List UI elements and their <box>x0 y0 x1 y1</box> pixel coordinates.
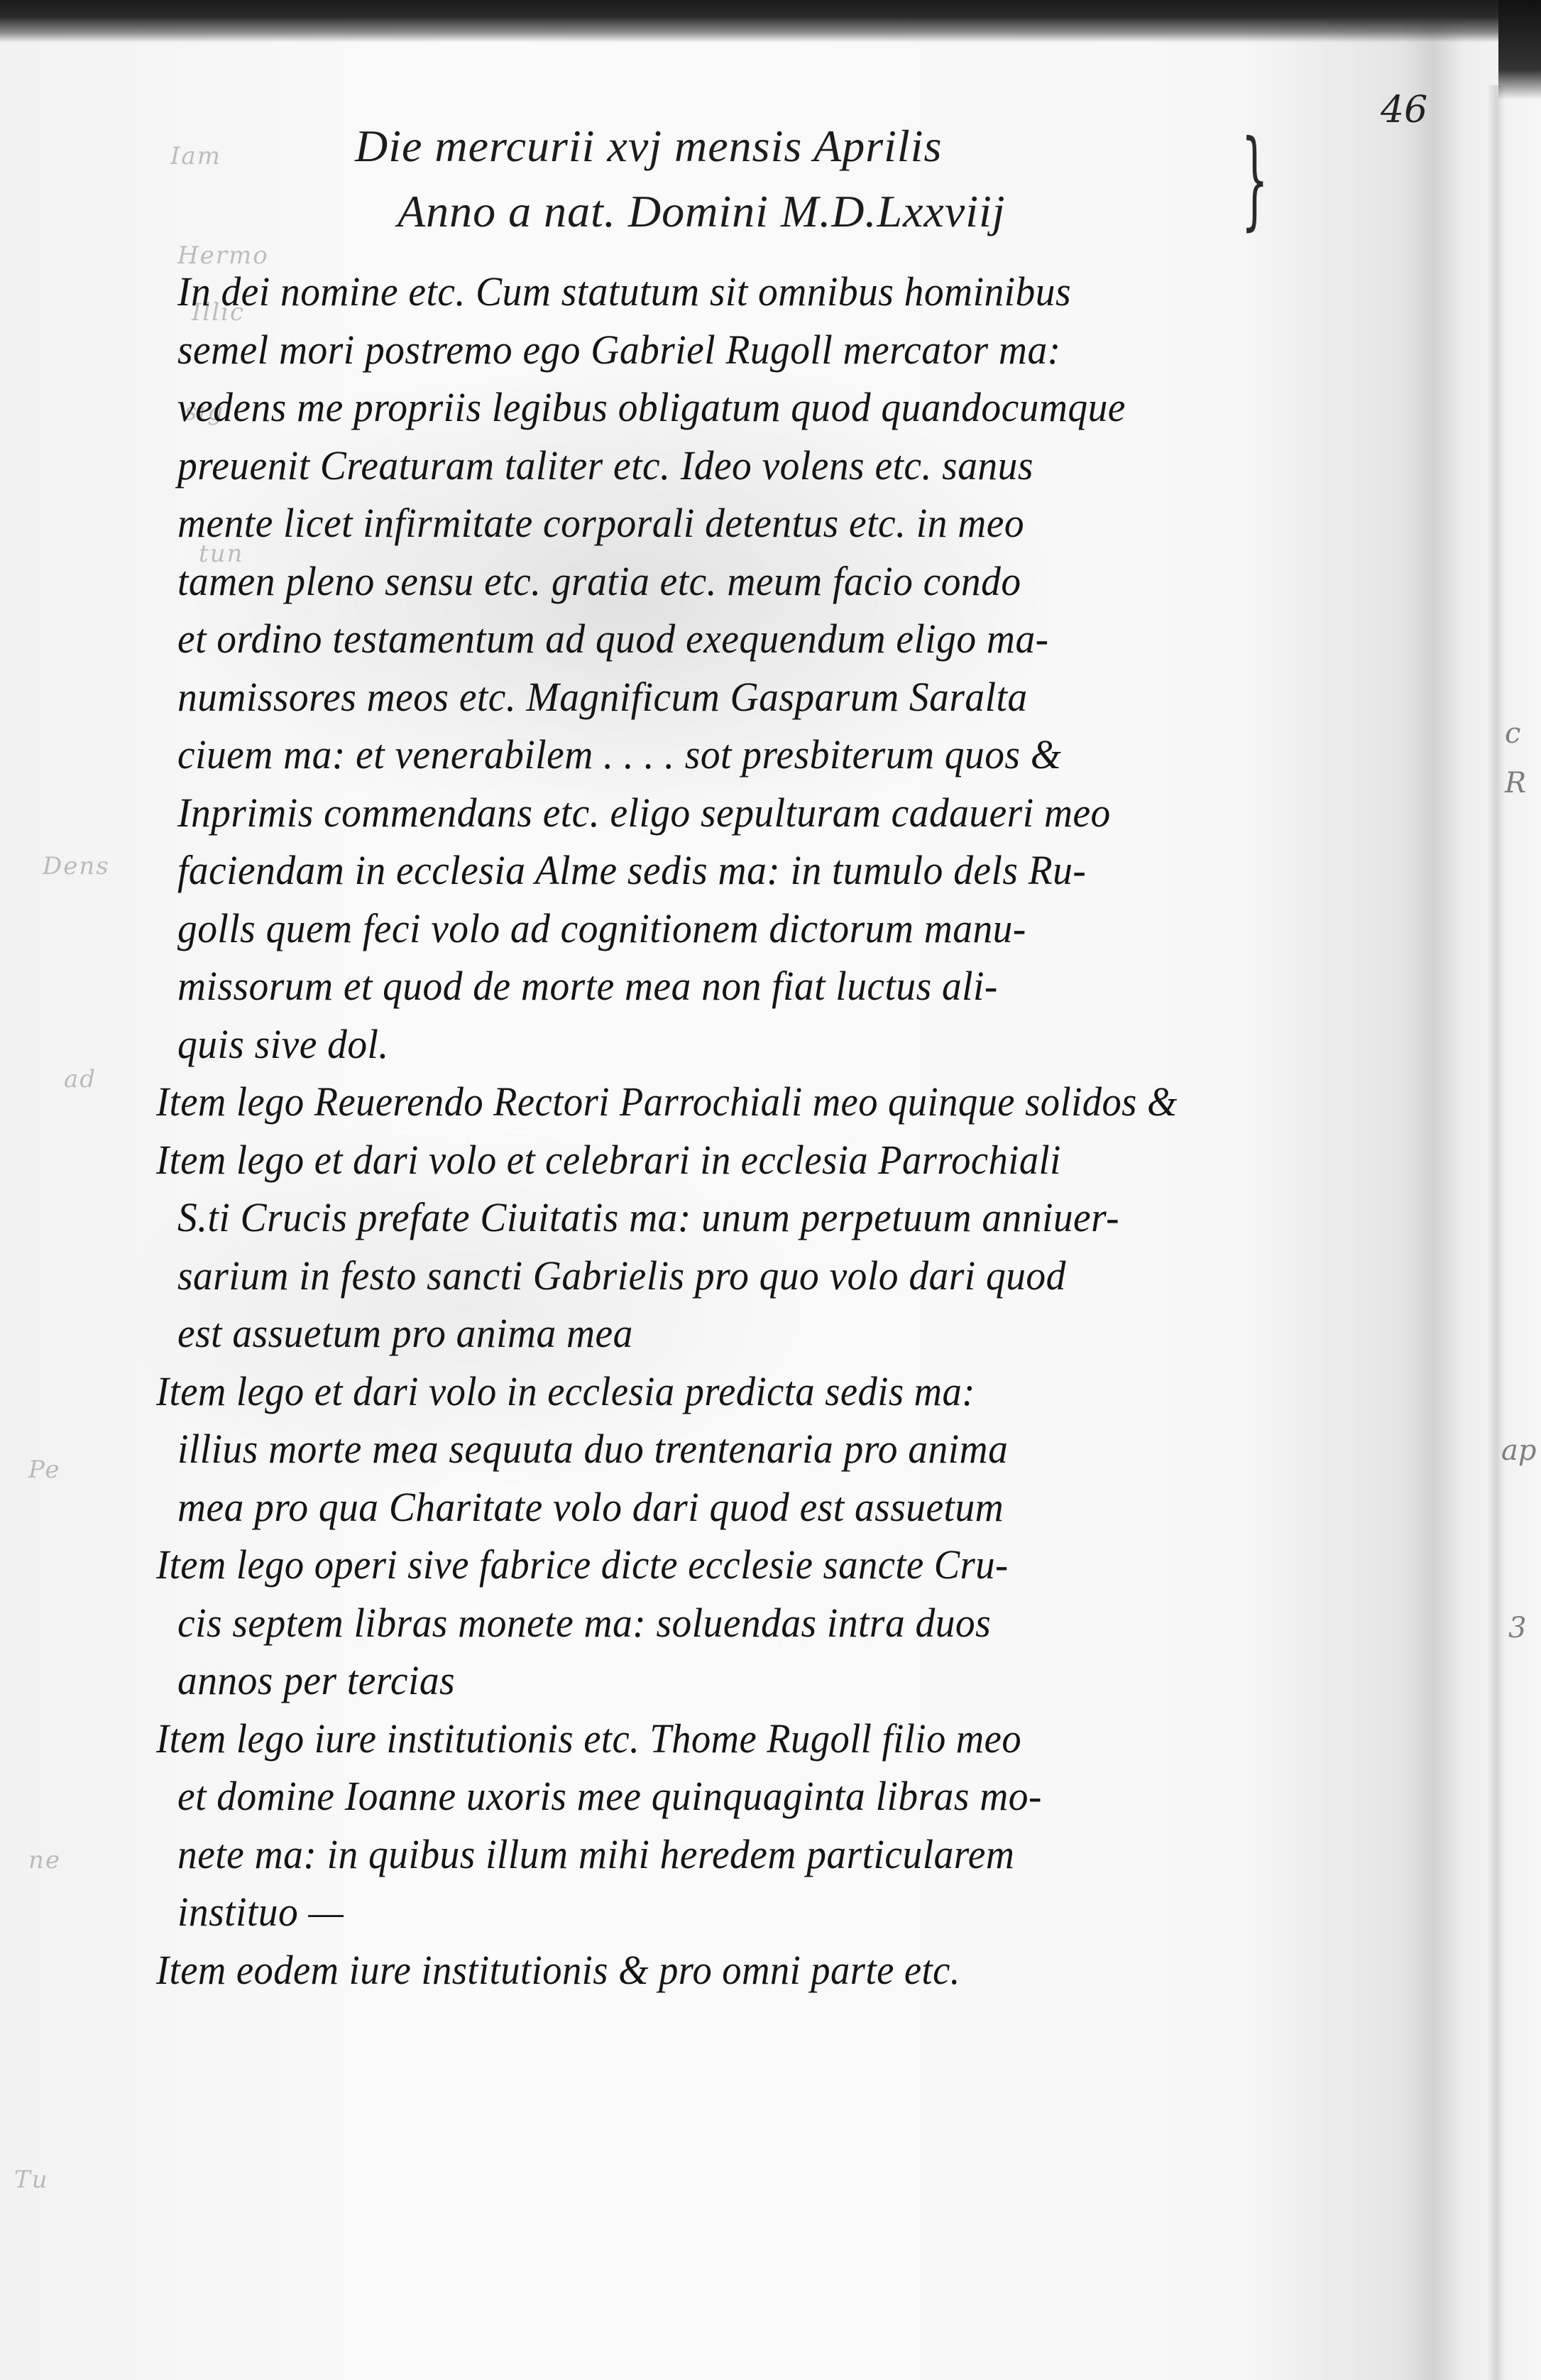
item-bequest-line: Item lego iure institutionis etc. Thome … <box>156 1710 1377 1768</box>
text-line: mente licet infirmitate corporali detent… <box>177 494 1399 552</box>
page-top-edge-shadow <box>0 0 1541 43</box>
manuscript-page: Iam Hermo Illic sig tun Dens ad Pe ne Tu… <box>0 0 1541 2380</box>
text-line: tamen pleno sensu etc. gratia etc. meum … <box>177 552 1399 611</box>
text-line: golls quem feci volo ad cognitionem dict… <box>177 900 1399 958</box>
heading-line-date: Die mercurii xvj mensis Aprilis <box>355 114 1278 179</box>
text-line: annos per tercias <box>177 1652 1399 1710</box>
text-line: instituo — <box>177 1883 1399 1941</box>
text-line: et domine Ioanne uxoris mee quinquaginta… <box>177 1767 1399 1825</box>
item-bequest-line: Item lego et dari volo in ecclesia predi… <box>156 1363 1377 1421</box>
bleed-word: Iam <box>170 142 221 170</box>
folio-number: 46 <box>1381 89 1427 131</box>
text-line: et ordino testamentum ad quod exequendum… <box>177 610 1399 668</box>
bleed-word: ad <box>64 1065 97 1093</box>
text-line: nete ma: in quibus illum mihi heredem pa… <box>177 1825 1399 1884</box>
bleed-word: 3 <box>1508 1612 1526 1644</box>
text-line: quis sive dol. <box>177 1015 1399 1074</box>
text-line: missorum et quod de morte mea non fiat l… <box>177 957 1399 1015</box>
date-heading: Die mercurii xvj mensis Aprilis Anno a n… <box>355 114 1278 244</box>
bleed-word: ap <box>1501 1434 1536 1467</box>
text-line: preuenit Creaturam taliter etc. Ideo vol… <box>177 437 1399 495</box>
item-bequest-line: Item lego et dari volo et celebrari in e… <box>156 1131 1377 1189</box>
bleed-word: ne <box>28 1846 61 1874</box>
text-line: est assuetum pro anima mea <box>177 1304 1399 1363</box>
text-line: ciuem ma: et venerabilem . . . . sot pre… <box>177 726 1399 784</box>
text-line: cis septem libras monete ma: soluendas i… <box>177 1594 1399 1652</box>
item-bequest-line: Item lego Reuerendo Rectori Parrochiali … <box>156 1073 1377 1131</box>
text-line: faciendam in ecclesia Alme sedis ma: in … <box>177 841 1399 900</box>
text-line: sarium in festo sancti Gabrielis pro quo… <box>177 1247 1399 1305</box>
text-line: S.ti Crucis prefate Ciuitatis ma: unum p… <box>177 1189 1399 1247</box>
bleed-word: Dens <box>43 852 110 880</box>
bleed-word: c <box>1505 717 1520 750</box>
text-line: mea pro qua Charitate volo dari quod est… <box>177 1478 1399 1536</box>
text-line: semel mori postremo ego Gabriel Rugoll m… <box>177 321 1399 379</box>
text-line: Inprimis commendans etc. eligo sepultura… <box>177 784 1399 842</box>
bleed-word: R <box>1505 767 1526 799</box>
item-bequest-line: Item eodem iure institutionis & pro omni… <box>156 1941 1377 1999</box>
will-body-text: In dei nomine etc. Cum statutum sit omni… <box>177 263 1455 1999</box>
right-margin-bleed-through: c R ap 3 <box>1498 0 1541 2380</box>
text-line: In dei nomine etc. Cum statutum sit omni… <box>177 263 1399 321</box>
bleed-word: Tu <box>14 2166 49 2194</box>
text-line: numissores meos etc. Magnificum Gasparum… <box>177 668 1399 726</box>
item-bequest-line: Item lego operi sive fabrice dicte eccle… <box>156 1536 1377 1594</box>
text-line: vedens me propriis legibus obligatum quo… <box>177 378 1399 437</box>
heading-line-year: Anno a nat. Domini M.D.Lxxviij <box>355 179 1278 244</box>
text-line: illius morte mea sequuta duo trentenaria… <box>177 1420 1399 1478</box>
heading-brace: } <box>1241 126 1268 233</box>
bleed-word: Pe <box>28 1456 60 1484</box>
